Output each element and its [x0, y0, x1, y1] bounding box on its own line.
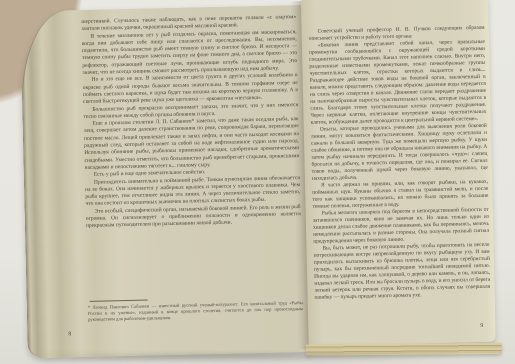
- paragraph: «Боковая линия представляет собой канал,…: [309, 39, 487, 127]
- page-number-right: 9: [480, 323, 483, 329]
- left-page: шерстинкой. Случалось также наблюдать, к…: [20, 5, 310, 358]
- right-page-text: Советский ученый профессор Н. В. Пучков …: [309, 25, 491, 302]
- footnote-divider: [90, 300, 148, 302]
- footnote: * Леонид Павлович Сабанеев — известный р…: [88, 300, 303, 323]
- paragraph: Опыты, которые проводились учеными для в…: [311, 123, 488, 183]
- paragraph: Я часто держал на привязи, или, как гово…: [312, 179, 489, 211]
- open-book: шерстинкой. Случалось также наблюдать, к…: [0, 0, 515, 364]
- left-page-text: шерстинкой. Случалось также наблюдать, к…: [81, 14, 301, 230]
- page-number-left: 8: [68, 331, 71, 337]
- paragraph: В течение миллионов лет у рыб создалась …: [82, 29, 298, 78]
- right-page: Советский ученый профессор Н. В. Пучков …: [301, 0, 496, 346]
- book-shadow: [30, 354, 460, 364]
- paragraph: Еще в прошлом столетии Л. П. Сабанеев* з…: [84, 116, 300, 172]
- paragraph: Это особый, специфический орган, называе…: [86, 204, 301, 231]
- book-photo: шерстинкой. Случалось также наблюдать, к…: [0, 0, 515, 364]
- paragraph: Рыбья мелюзга шныряла под берегом в непо…: [313, 207, 490, 246]
- paragraph: Вы, быть может, не раз потрошили рыбу, ч…: [313, 242, 490, 302]
